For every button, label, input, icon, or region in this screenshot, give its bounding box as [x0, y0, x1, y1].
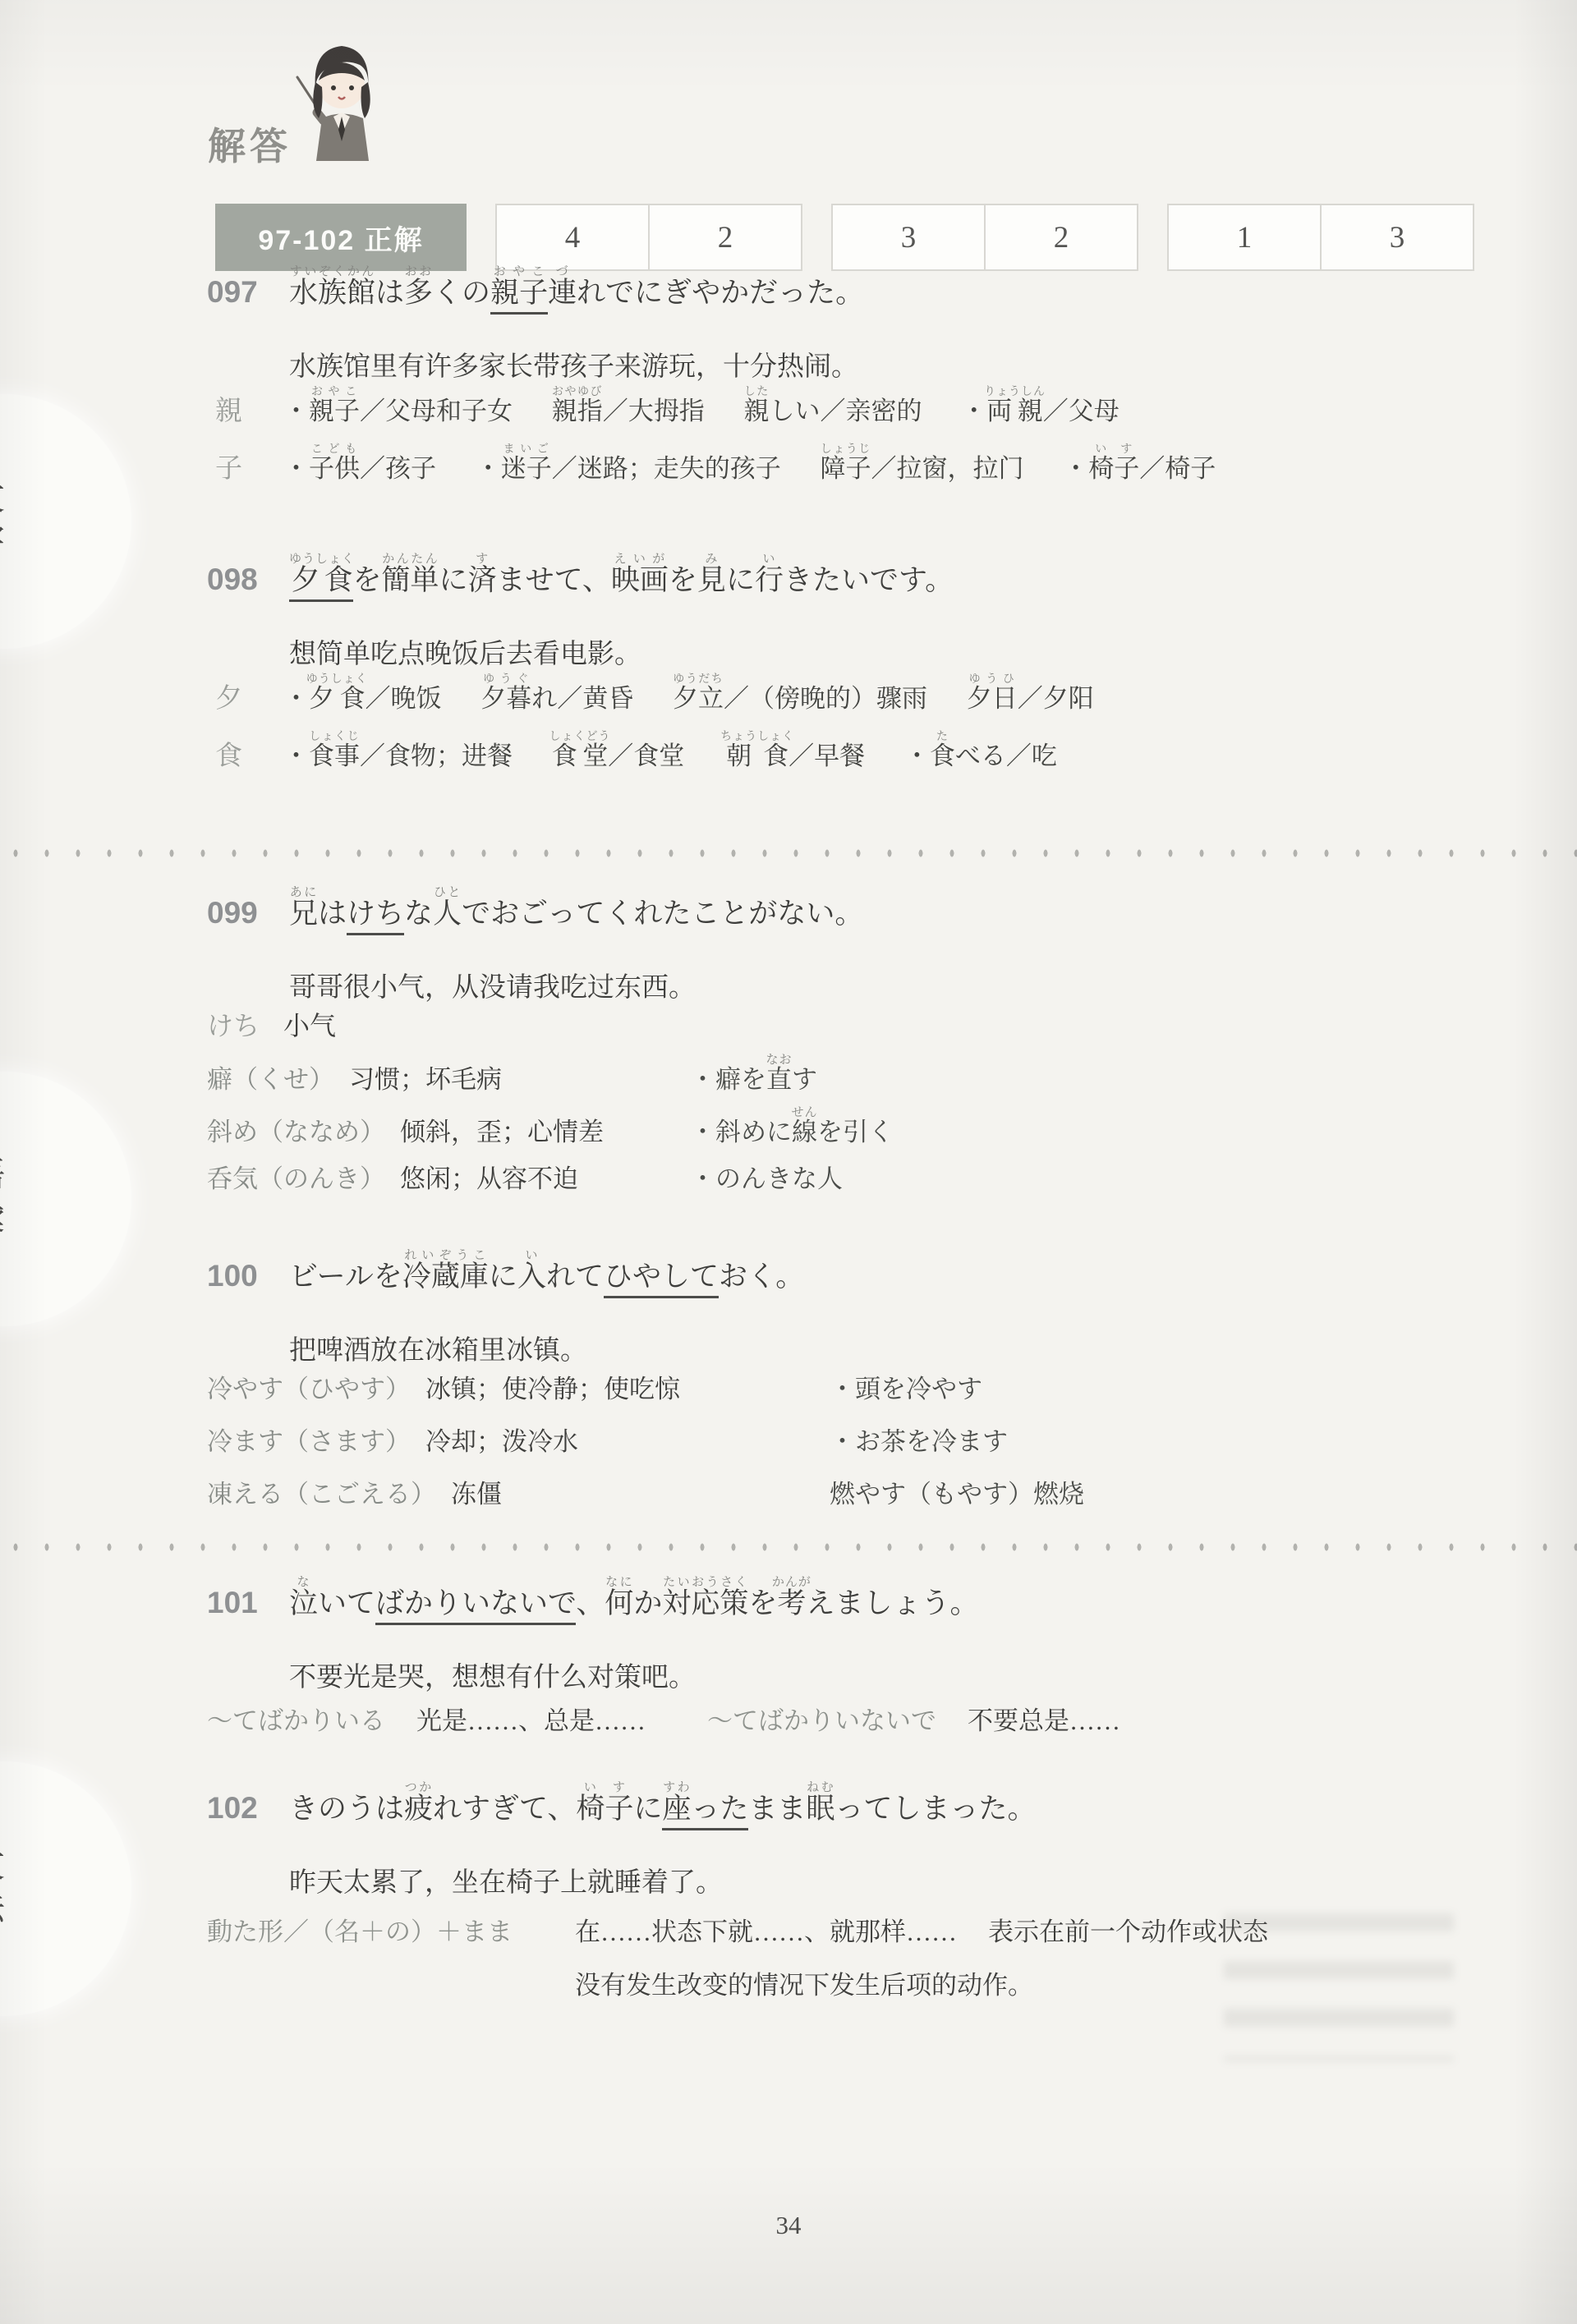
vocab-head-kanji: 子 — [207, 447, 283, 485]
entry-word: 冷ます（さます） — [207, 1427, 411, 1456]
vocab-items: ・夕食ゆうしょく／晚饭 夕暮ゆうぐれ／黄昏 夕立ゆうだち／（傍晚的）骤雨 夕日ゆ… — [283, 672, 1127, 714]
side-tab-goi: 語彙 — [0, 1072, 131, 1326]
question-sentence-line: 100 ビールを冷蔵庫れいぞうこに入いれてひやしておく。 — [207, 1248, 1505, 1317]
question-sentence-line: 101 泣ないてばかりいないで、何なにか対応策たいおうさくを考かんがえましょう。 — [207, 1575, 1505, 1644]
question-block-101: 101 泣ないてばかりいないで、何なにか対応策たいおうさくを考かんがえましょう。… — [207, 1575, 1505, 1737]
vocab-item: ・夕食ゆうしょく／晚饭 — [283, 684, 442, 713]
entry-word: 癖（くせ） — [207, 1065, 334, 1094]
chinese-translation: 把啤酒放在冰箱里冰镇。 — [207, 1329, 1505, 1368]
entry-meaning: 冰镇；使冷静；使吃惊 — [425, 1375, 680, 1403]
vocab-row-oya: 親 ・親子おやこ／父母和子女 親指おやゆび／大拇指 親したしい／亲密的 ・両親り… — [207, 384, 1505, 442]
japanese-sentence: 泣ないてばかりいないで、何なにか対応策たいおうさくを考かんがえましょう。 — [289, 1575, 978, 1618]
vocab-item: 障子しょうじ／拉窗，拉门 — [821, 454, 1024, 483]
japanese-sentence: きのうは疲つかれすぎて、椅子いすに座すわったまま眠ねむってしまった。 — [289, 1780, 1036, 1823]
side-tab-label: 語彙 — [0, 1156, 10, 1242]
question-number: 102 — [207, 1791, 289, 1826]
entry-meaning: 冻僵 — [451, 1480, 502, 1509]
side-tab-label: 文字 — [0, 479, 10, 564]
vocab-entry: 斜め（ななめ）倾斜，歪；心情差 ・斜めに線せんを引く — [207, 1105, 1505, 1158]
entry-example: ・のんきな人 — [690, 1158, 843, 1195]
vocab-item: ・両親りょうしん／父母 — [961, 397, 1120, 425]
dotted-section-divider — [0, 1540, 1577, 1555]
entry-meaning: 冷却；泼冷水 — [425, 1427, 578, 1456]
entry-example: ・癖を直なおす — [690, 1053, 817, 1095]
vocab-item: ・食事しょくじ／食物；进餐 — [283, 742, 513, 770]
grammar-pattern: 動た形／（名＋の）＋まま — [207, 1911, 575, 1948]
vocab-items: ・親子おやこ／父母和子女 親指おやゆび／大拇指 親したしい／亲密的 ・両親りょう… — [283, 384, 1152, 427]
keyword-definition: けち 小气 — [207, 1005, 1505, 1053]
answer-cell-102: 3 — [1320, 205, 1473, 269]
vocab-item: ・椅子いす／椅子 — [1063, 454, 1216, 483]
vocab-row-yuu: 夕 ・夕食ゆうしょく／晚饭 夕暮ゆうぐれ／黄昏 夕立ゆうだち／（傍晚的）骤雨 夕… — [207, 672, 1505, 729]
question-number: 100 — [207, 1259, 289, 1293]
vocab-item: ・食たべる／吃 — [904, 742, 1057, 770]
japanese-sentence: 夕食ゆうしょくを簡単かんたんに済すませて、映画えいがを見みに行いきたいです。 — [289, 552, 954, 595]
question-sentence-line: 097 水族館すいぞくかんは多おおくの親子おやこ連づれでにぎやかだった。 — [207, 264, 1505, 333]
grammar-meaning: 在……状态下就……、就那样…… — [575, 1918, 957, 1946]
vocab-item: 親指おやゆび／大拇指 — [552, 397, 705, 425]
question-block-097: 097 水族館すいぞくかんは多おおくの親子おやこ連づれでにぎやかだった。 水族馆… — [207, 264, 1505, 499]
vocab-items: ・子供こども／孩子 ・迷子まいご／迷路；走失的孩子 障子しょうじ／拉窗，拉门 ・… — [283, 442, 1248, 485]
keyword-meaning: 小气 — [283, 1005, 336, 1043]
answer-group-99-100: 3 2 — [831, 204, 1138, 271]
chinese-translation: 想简单吃点晚饭后去看电影。 — [207, 632, 1505, 672]
question-block-100: 100 ビールを冷蔵庫れいぞうこに入いれてひやしておく。 把啤酒放在冰箱里冰镇。… — [207, 1248, 1505, 1526]
grammar-explanation: 在……状态下就……、就那样……表示在前一个动作或状态没有发生改变的情况下发生后项… — [575, 1905, 1281, 2012]
scanned-workbook-page: 解答 97-102 正解 4 2 3 2 1 — [0, 0, 1577, 2324]
grammar-meaning: 不要总是…… — [968, 1700, 1120, 1737]
japanese-sentence: 水族館すいぞくかんは多おおくの親子おやこ連づれでにぎやかだった。 — [289, 264, 864, 307]
answer-cell-100: 2 — [984, 205, 1137, 269]
entry-example: ・頭を冷やす — [830, 1368, 982, 1405]
teacher-girl-illustration — [289, 36, 396, 166]
japanese-sentence: 兄あにはけちな人ひとでおごってくれたことがない。 — [289, 885, 863, 928]
grammar-pattern: 〜てばかりいる — [207, 1700, 385, 1737]
entry-word: 呑気（のんき） — [207, 1164, 385, 1193]
grammar-meaning: 光是……、总是…… — [416, 1700, 646, 1737]
question-number: 097 — [207, 275, 289, 310]
vocab-items: ・食事しょくじ／食物；进餐 食堂しょくどう／食堂 朝食ちょうしょく／早餐 ・食た… — [283, 729, 1090, 772]
entry-example: ・斜めに線せんを引く — [690, 1105, 894, 1148]
vocab-entry: 呑気（のんき）悠闲；从容不迫 ・のんきな人 — [207, 1158, 1505, 1210]
entry-meaning: 悠闲；从容不迫 — [400, 1164, 578, 1193]
entry-example: ・お茶を冷ます — [830, 1421, 1008, 1458]
question-block-102: 102 きのうは疲つかれすぎて、椅子いすに座すわったまま眠ねむってしまった。 昨… — [207, 1780, 1505, 2012]
chinese-translation: 不要光是哭，想想有什么对策吧。 — [207, 1656, 1505, 1695]
vocab-item: ・迷子まいご／迷路；走失的孩子 — [476, 454, 781, 483]
side-tab-label: 文法 — [0, 1846, 10, 1931]
answer-group-101-102: 1 3 — [1167, 204, 1474, 271]
vocab-entry: 癖（くせ）习惯；坏毛病 ・癖を直なおす — [207, 1053, 1505, 1105]
vocab-entry: 冷やす（ひやす）冰镇；使冷静；使吃惊 ・頭を冷やす — [207, 1368, 1505, 1421]
entry-meaning: 习惯；坏毛病 — [349, 1065, 502, 1094]
vocab-item: 親したしい／亲密的 — [744, 397, 922, 425]
answer-cell-101: 1 — [1169, 205, 1320, 269]
grammar-pattern-row: 〜てばかりいる 光是……、总是…… 〜てばかりいないで 不要总是…… — [207, 1700, 1505, 1737]
chinese-translation: 哥哥很小气，从没请我吃过东西。 — [207, 966, 1505, 1005]
vocab-row-shoku: 食 ・食事しょくじ／食物；进餐 食堂しょくどう／食堂 朝食ちょうしょく／早餐 ・… — [207, 729, 1505, 787]
question-block-099: 099 兄あにはけちな人ひとでおごってくれたことがない。 哥哥很小气，从没请我吃… — [207, 885, 1505, 1210]
vocab-row-ko: 子 ・子供こども／孩子 ・迷子まいご／迷路；走失的孩子 障子しょうじ／拉窗，拉门… — [207, 442, 1505, 499]
question-sentence-line: 099 兄あにはけちな人ひとでおごってくれたことがない。 — [207, 885, 1505, 954]
question-number: 098 — [207, 563, 289, 597]
vocab-entry: 冷ます（さます）冷却；泼冷水 ・お茶を冷ます — [207, 1421, 1505, 1473]
answer-group-97-98: 4 2 — [495, 204, 802, 271]
question-sentence-line: 098 夕食ゆうしょくを簡単かんたんに済すませて、映画えいがを見みに行いきたいで… — [207, 552, 1505, 621]
vocab-entry: 凍える（こごえる）冻僵 燃やす（もやす）燃烧 — [207, 1473, 1505, 1526]
chinese-translation: 水族馆里有许多家长带孩子来游玩，十分热闹。 — [207, 345, 1505, 384]
chinese-translation: 昨天太累了，坐在椅子上就睡着了。 — [207, 1861, 1505, 1900]
answer-cell-97: 4 — [497, 205, 648, 269]
dotted-section-divider — [0, 846, 1577, 861]
vocab-item: 夕日ゆうひ／夕阳 — [967, 684, 1094, 713]
answer-cell-99: 3 — [833, 205, 984, 269]
vocab-head-kanji: 食 — [207, 734, 283, 773]
question-number: 101 — [207, 1586, 289, 1620]
vocab-head-kanji: 夕 — [207, 677, 283, 715]
vocab-item: ・親子おやこ／父母和子女 — [283, 397, 513, 425]
side-tab-bunpo: 文法 — [0, 1761, 131, 2016]
answer-key-row: 97-102 正解 4 2 3 2 1 3 — [215, 204, 1474, 271]
keyword: けち — [207, 1005, 283, 1043]
vocab-item: 朝食ちょうしょく／早餐 — [724, 742, 865, 770]
entry-example: 燃やす（もやす）燃烧 — [830, 1473, 1084, 1510]
entry-word: 斜め（ななめ） — [207, 1118, 385, 1146]
vocab-item: 夕立ゆうだち／（傍晚的）骤雨 — [673, 684, 927, 713]
entry-word: 凍える（こごえる） — [207, 1480, 436, 1509]
question-number: 099 — [207, 896, 289, 930]
page-number: 34 — [0, 2211, 1577, 2240]
vocab-item: ・子供こども／孩子 — [283, 454, 436, 483]
side-tab-moji: 文字 — [0, 394, 131, 649]
question-sentence-line: 102 きのうは疲つかれすぎて、椅子いすに座すわったまま眠ねむってしまった。 — [207, 1780, 1505, 1849]
answer-key-label: 97-102 正解 — [215, 204, 467, 271]
grammar-pattern-row: 動た形／（名＋の）＋まま 在……状态下就……、就那样……表示在前一个动作或状态没… — [207, 1905, 1505, 2012]
entry-meaning: 倾斜，歪；心情差 — [400, 1118, 604, 1146]
vocab-item: 夕暮ゆうぐれ／黄昏 — [480, 684, 633, 713]
answer-section-title: 解答 — [208, 117, 292, 171]
grammar-pattern: 〜てばかりいないで — [707, 1700, 936, 1737]
answer-cell-98: 2 — [648, 205, 801, 269]
entry-word: 冷やす（ひやす） — [207, 1375, 411, 1403]
vocab-item: 食堂しょくどう／食堂 — [552, 742, 685, 770]
japanese-sentence: ビールを冷蔵庫れいぞうこに入いれてひやしておく。 — [289, 1248, 804, 1291]
question-block-098: 098 夕食ゆうしょくを簡単かんたんに済すませて、映画えいがを見みに行いきたいで… — [207, 552, 1505, 787]
vocab-head-kanji: 親 — [207, 389, 283, 428]
